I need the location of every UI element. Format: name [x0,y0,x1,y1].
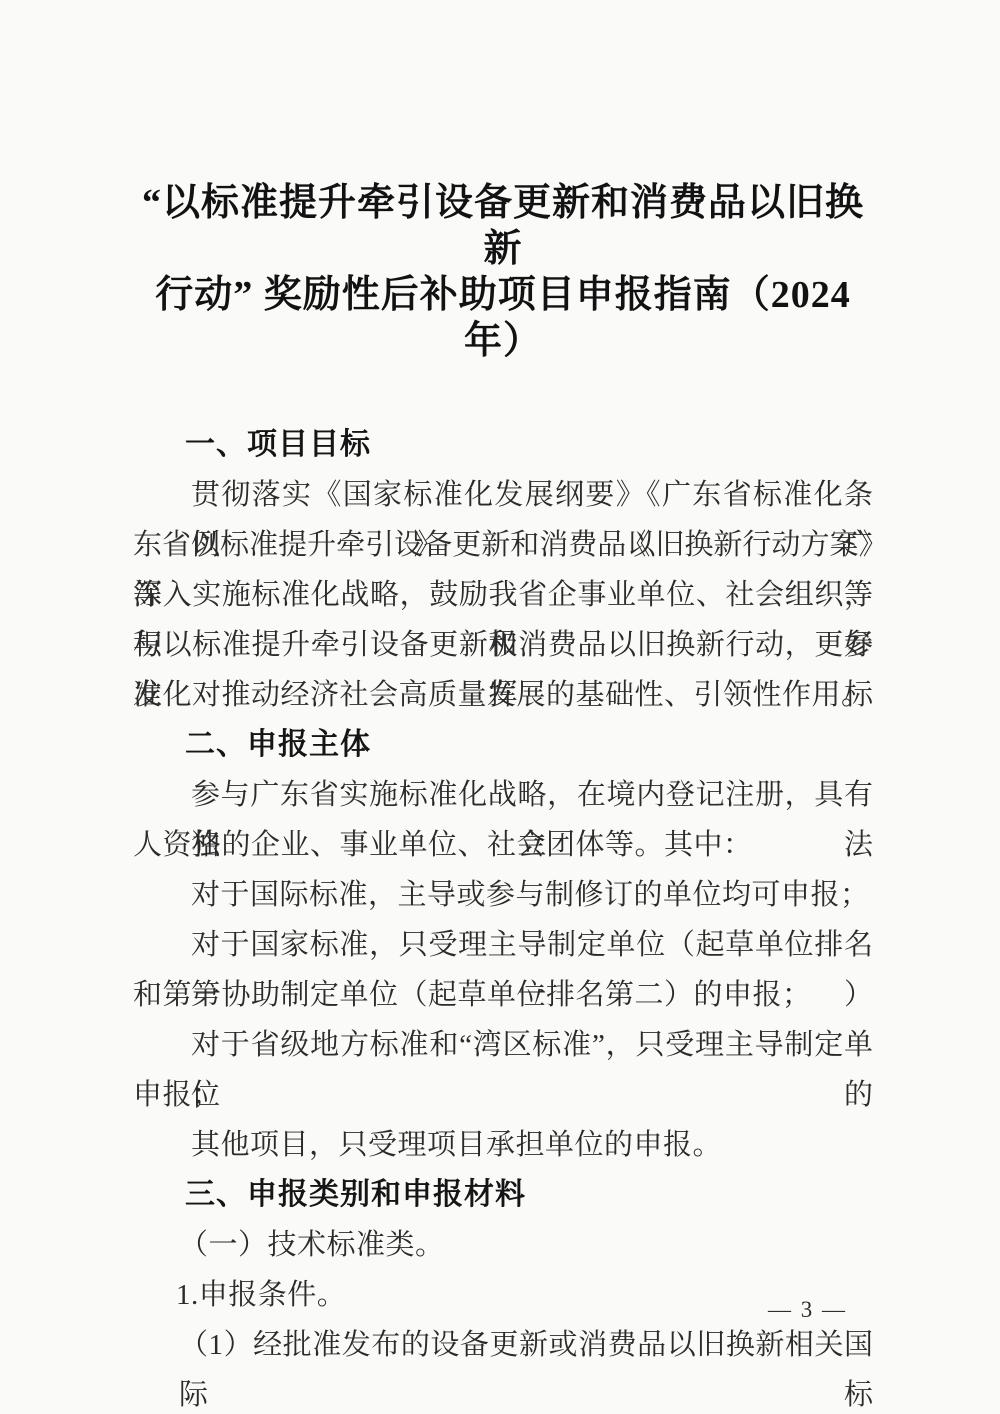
document-title-line-1: “以标准提升牵引设备更新和消费品以旧换新 [133,180,873,272]
document-body: 一、项目目标 贯彻落实《国家标准化发展纲要》《广东省标准化条例》《广 东省以标准… [133,420,873,1370]
body-line: 其他项目，只受理项目承担单位的申报。 [133,1120,873,1170]
body-line: 准化对推动经济社会高质量发展的基础性、引领性作用。 [133,670,873,720]
body-line: 东省以标准提升牵引设备更新和消费品以旧换新行动方案》等， [133,520,873,570]
body-line: 深入实施标准化战略，鼓励我省企事业单位、社会组织等积极参 [133,570,873,620]
body-line: 对于国家标准，只受理主导制定单位（起草单位排名第一） [133,920,873,970]
body-line: 与以标准提升牵引设备更新和消费品以旧换新行动，更好发挥标 [133,620,873,670]
body-line: 贯彻落实《国家标准化发展纲要》《广东省标准化条例》《广 [133,470,873,520]
page-number: — 3 — [768,1295,847,1325]
body-line: 对于国际标准，主导或参与制修订的单位均可申报； [133,870,873,920]
subheading-application-conditions: 1.申报条件。 [133,1270,873,1320]
body-line: 参与广东省实施标准化战略，在境内登记注册，具有独立法 [133,770,873,820]
document-content: “以标准提升牵引设备更新和消费品以旧换新 行动” 奖励性后补助项目申报指南（20… [133,0,873,1370]
document-page: “以标准提升牵引设备更新和消费品以旧换新 行动” 奖励性后补助项目申报指南（20… [0,0,1000,1414]
heading-categories-materials: 三、申报类别和申报材料 [133,1170,873,1220]
body-line: 和第一协助制定单位（起草单位排名第二）的申报； [133,970,873,1020]
heading-project-goal: 一、项目目标 [133,420,873,470]
subheading-technical-standards: （一）技术标准类。 [133,1220,873,1270]
heading-applicant-subject: 二、申报主体 [133,720,873,770]
body-line: （1）经批准发布的设备更新或消费品以旧换新相关国际标 [133,1320,873,1370]
document-title: “以标准提升牵引设备更新和消费品以旧换新 行动” 奖励性后补助项目申报指南（20… [133,180,873,364]
document-title-line-2: 行动” 奖励性后补助项目申报指南（2024年） [133,272,873,364]
body-line: 对于省级地方标准和“湾区标准”，只受理主导制定单位的 [133,1020,873,1070]
